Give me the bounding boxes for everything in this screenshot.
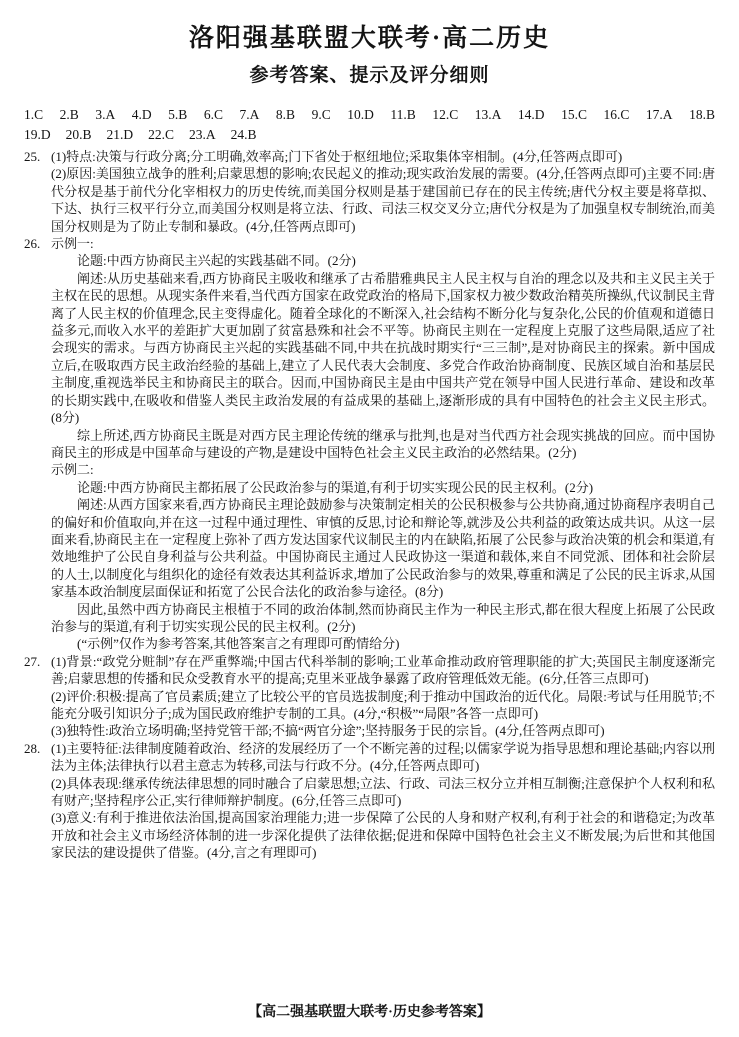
mc-answer-8: 8.B — [276, 105, 295, 125]
answer-paragraph: (2)评价:积极:提高了官员素质;建立了比较公平的官员选拔制度;利于推动中国政治… — [51, 688, 715, 723]
answer-paragraph: (“示例”仅作为参考答案,其他答案言之有理即可酌情给分) — [51, 635, 715, 652]
mc-answer-16: 16.C — [603, 105, 629, 125]
page-footer: 【高二强基联盟大联考·历史参考答案】 — [0, 1001, 739, 1021]
mc-answer-22: 22.C — [148, 125, 174, 145]
question-25: 25. (1)特点:决策与行政分离;分工明确,效率高;门下省处于枢纽地位;采取集… — [24, 148, 715, 235]
mc-answer-19: 19.D — [24, 125, 51, 145]
answer-paragraph: 综上所述,西方协商民主既是对西方民主理论传统的继承与批判,也是对当代西方社会现实… — [51, 427, 715, 462]
mc-answer-6: 6.C — [204, 105, 223, 125]
answer-paragraph: 示例二: — [51, 461, 715, 478]
mc-answer-12: 12.C — [432, 105, 458, 125]
question-26-number: 26. — [24, 235, 40, 252]
answer-paragraph: 因此,虽然中西方协商民主根植于不同的政治体制,然而协商民主作为一种民主形式,都在… — [51, 601, 715, 636]
question-25-number: 25. — [24, 148, 40, 165]
answer-paragraph: (2)原因:美国独立战争的胜利;启蒙思想的影响;农民起义的推动;现实政治发展的需… — [51, 165, 715, 235]
answer-paragraph: 示例一: — [51, 235, 715, 252]
answer-paragraph: (3)独特性:政治立场明确;坚持党管干部;不搞“两官分途”;坚持服务于民的宗旨。… — [51, 722, 715, 739]
question-26: 26. 示例一: 论题:中西方协商民主兴起的实践基础不同。(2分) 阐述:从历史… — [24, 235, 715, 653]
mc-answer-row-2: 19.D 20.B 21.D 22.C 23.A 24.B — [24, 125, 715, 145]
question-28-number: 28. — [24, 740, 40, 757]
answer-paragraph: (1)背景:“政党分赃制”存在严重弊端;中国古代科举制的影响;工业革命推动政府管… — [51, 653, 715, 688]
mc-answer-24: 24.B — [231, 125, 257, 145]
mc-answer-13: 13.A — [475, 105, 502, 125]
answer-paragraph: (2)具体表现:继承传统法律思想的同时融合了启蒙思想;立法、行政、司法三权分立并… — [51, 775, 715, 810]
mc-answer-14: 14.D — [518, 105, 545, 125]
mc-answer-11: 11.B — [390, 105, 415, 125]
question-27-body: (1)背景:“政党分赃制”存在严重弊端;中国古代科举制的影响;工业革命推动政府管… — [51, 653, 715, 740]
mc-answer-row-1: 1.C 2.B 3.A 4.D 5.B 6.C 7.A 8.B 9.C 10.D… — [24, 105, 715, 125]
mc-answer-1: 1.C — [24, 105, 43, 125]
mc-answer-9: 9.C — [312, 105, 331, 125]
mc-answer-21: 21.D — [107, 125, 134, 145]
page-subtitle: 参考答案、提示及评分细则 — [24, 60, 715, 87]
answer-paragraph: 论题:中西方协商民主兴起的实践基础不同。(2分) — [51, 252, 715, 269]
question-27-number: 27. — [24, 653, 40, 670]
answer-paragraph: (1)特点:决策与行政分离;分工明确,效率高;门下省处于枢纽地位;采取集体宰相制… — [51, 148, 715, 165]
mc-answer-3: 3.A — [95, 105, 115, 125]
mc-answer-18: 18.B — [689, 105, 715, 125]
answer-paragraph: 阐述:从历史基础来看,西方协商民主吸收和继承了古希腊雅典民主人民主权与自治的理念… — [51, 270, 715, 427]
page-header: 洛阳强基联盟大联考·高二历史 参考答案、提示及评分细则 — [24, 18, 715, 87]
mc-answer-4: 4.D — [132, 105, 152, 125]
question-25-body: (1)特点:决策与行政分离;分工明确,效率高;门下省处于枢纽地位;采取集体宰相制… — [51, 148, 715, 235]
footer-label: 【高二强基联盟大联考·历史参考答案】 — [248, 1005, 491, 1020]
mc-answer-5: 5.B — [168, 105, 187, 125]
answer-paragraph: (3)意义:有利于推进依法治国,提高国家治理能力;进一步保障了公民的人身和财产权… — [51, 809, 715, 861]
page-title: 洛阳强基联盟大联考·高二历史 — [24, 18, 715, 54]
mc-answer-7: 7.A — [240, 105, 260, 125]
mc-answer-20: 20.B — [66, 125, 92, 145]
answer-paragraph: (1)主要特征:法律制度随着政治、经济的发展经历了一个不断完善的过程;以儒家学说… — [51, 740, 715, 775]
mc-answer-2: 2.B — [60, 105, 79, 125]
answer-paragraph: 阐述:从西方国家来看,西方协商民主理论鼓励参与决策制定相关的公民积极参与公共协商… — [51, 496, 715, 600]
mc-answer-17: 17.A — [646, 105, 673, 125]
answer-paragraph: 论题:中西方协商民主都拓展了公民政治参与的渠道,有利于切实实现公民的民主权利。(… — [51, 479, 715, 496]
mc-answer-10: 10.D — [347, 105, 374, 125]
mc-answer-23: 23.A — [189, 125, 216, 145]
question-28: 28. (1)主要特征:法律制度随着政治、经济的发展经历了一个不断完善的过程;以… — [24, 740, 715, 862]
question-28-body: (1)主要特征:法律制度随着政治、经济的发展经历了一个不断完善的过程;以儒家学说… — [51, 740, 715, 862]
multiple-choice-answers: 1.C 2.B 3.A 4.D 5.B 6.C 7.A 8.B 9.C 10.D… — [24, 105, 715, 145]
question-27: 27. (1)背景:“政党分赃制”存在严重弊端;中国古代科举制的影响;工业革命推… — [24, 653, 715, 740]
question-26-body: 示例一: 论题:中西方协商民主兴起的实践基础不同。(2分) 阐述:从历史基础来看… — [51, 235, 715, 653]
answer-sheet-page: 洛阳强基联盟大联考·高二历史 参考答案、提示及评分细则 1.C 2.B 3.A … — [0, 0, 739, 1037]
free-response-answers: 25. (1)特点:决策与行政分离;分工明确,效率高;门下省处于枢纽地位;采取集… — [24, 148, 715, 862]
mc-answer-15: 15.C — [561, 105, 587, 125]
